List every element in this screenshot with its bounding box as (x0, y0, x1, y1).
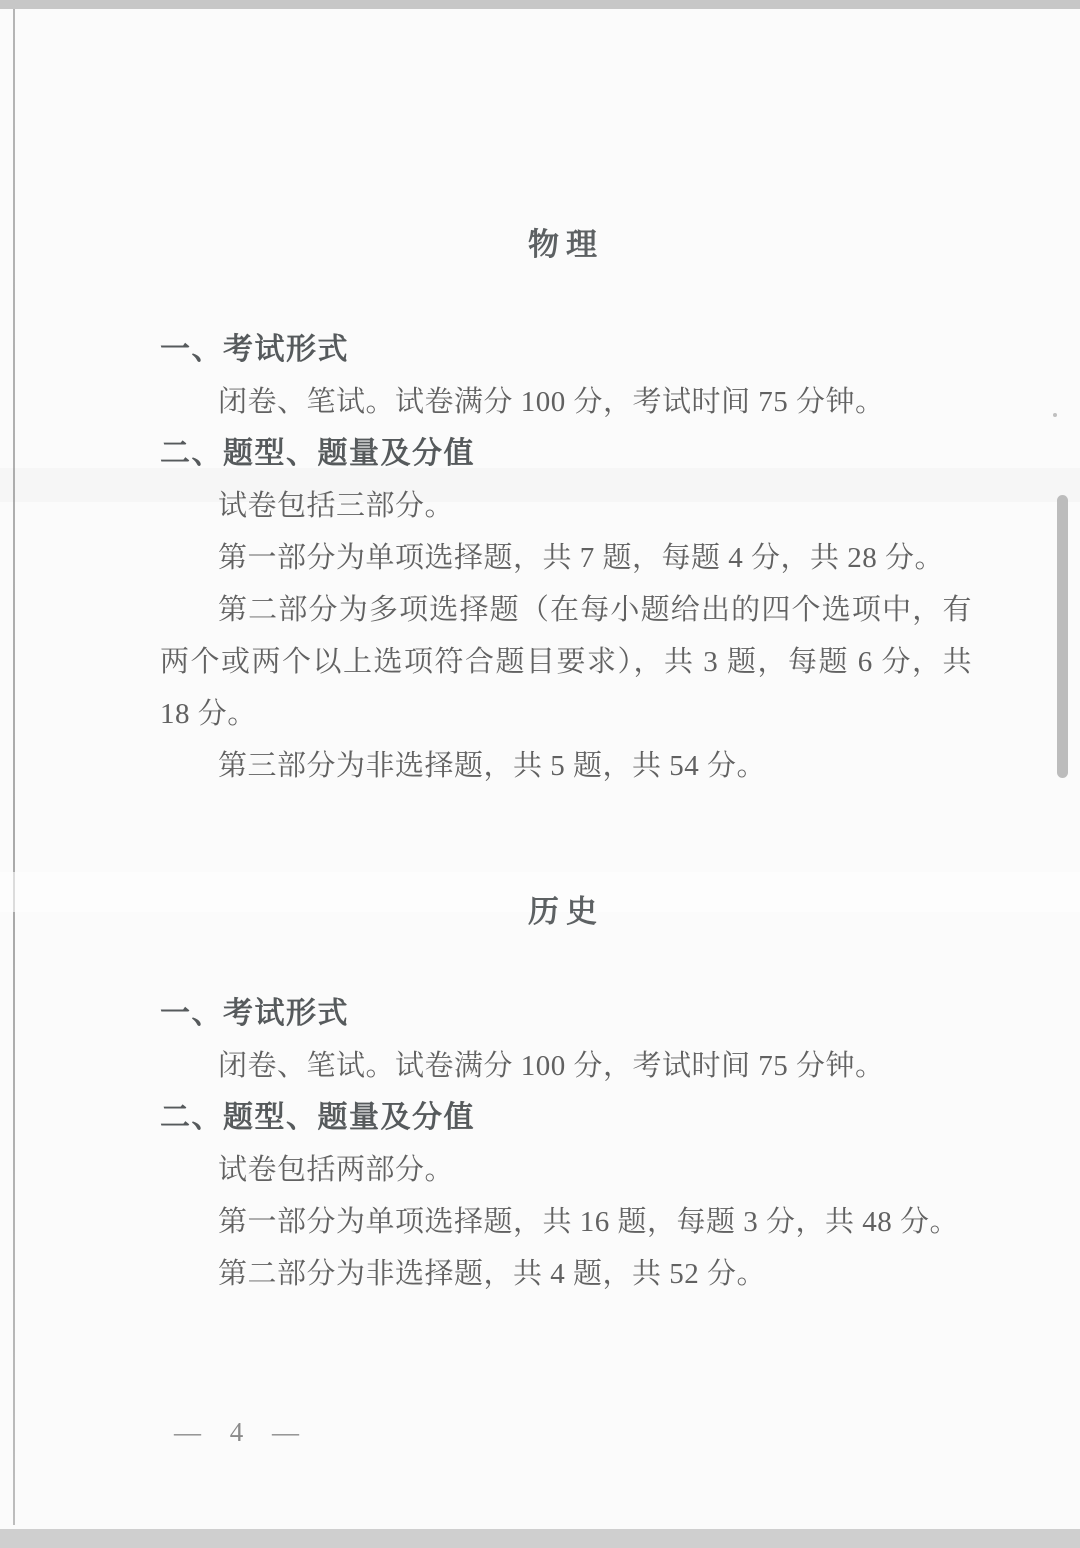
section-title-history: 历史 (160, 886, 972, 938)
physics-exam-format-text: 闭卷、笔试。试卷满分 100 分，考试时间 75 分钟。 (160, 376, 972, 428)
history-part2-text: 第二部分为非选择题，共 4 题，共 52 分。 (160, 1248, 972, 1300)
history-paper-structure-intro: 试卷包括两部分。 (160, 1144, 972, 1196)
history-part1-text: 第一部分为单项选择题，共 16 题，每题 3 分，共 48 分。 (160, 1196, 972, 1248)
scan-edge-bottom (0, 1529, 1080, 1548)
document-page: 物理 一、考试形式 闭卷、笔试。试卷满分 100 分，考试时间 75 分钟。 二… (0, 0, 1080, 1548)
section-title-physics: 物理 (160, 219, 972, 271)
scan-speck (1053, 413, 1057, 417)
physics-part3-text: 第三部分为非选择题，共 5 题，共 54 分。 (160, 740, 972, 792)
scrollbar-thumb[interactable] (1057, 495, 1068, 778)
physics-part2-text: 第二部分为多项选择题（在每小题给出的四个选项中，有两个或两个以上选项符合题目要求… (160, 584, 972, 740)
physics-heading-question-types: 二、题型、题量及分值 (160, 428, 972, 480)
scan-edge-top (0, 0, 1080, 9)
physics-paper-structure-intro: 试卷包括三部分。 (160, 480, 972, 532)
history-heading-question-types: 二、题型、题量及分值 (160, 1092, 972, 1144)
history-exam-format-text: 闭卷、笔试。试卷满分 100 分，考试时间 75 分钟。 (160, 1040, 972, 1092)
page-content: 物理 一、考试形式 闭卷、笔试。试卷满分 100 分，考试时间 75 分钟。 二… (160, 219, 972, 1452)
physics-heading-exam-format: 一、考试形式 (160, 324, 972, 376)
page-number: — 4 — (174, 1412, 972, 1452)
paper-fold-line (13, 9, 15, 1525)
history-heading-exam-format: 一、考试形式 (160, 988, 972, 1040)
physics-part1-text: 第一部分为单项选择题，共 7 题，每题 4 分，共 28 分。 (160, 532, 972, 584)
